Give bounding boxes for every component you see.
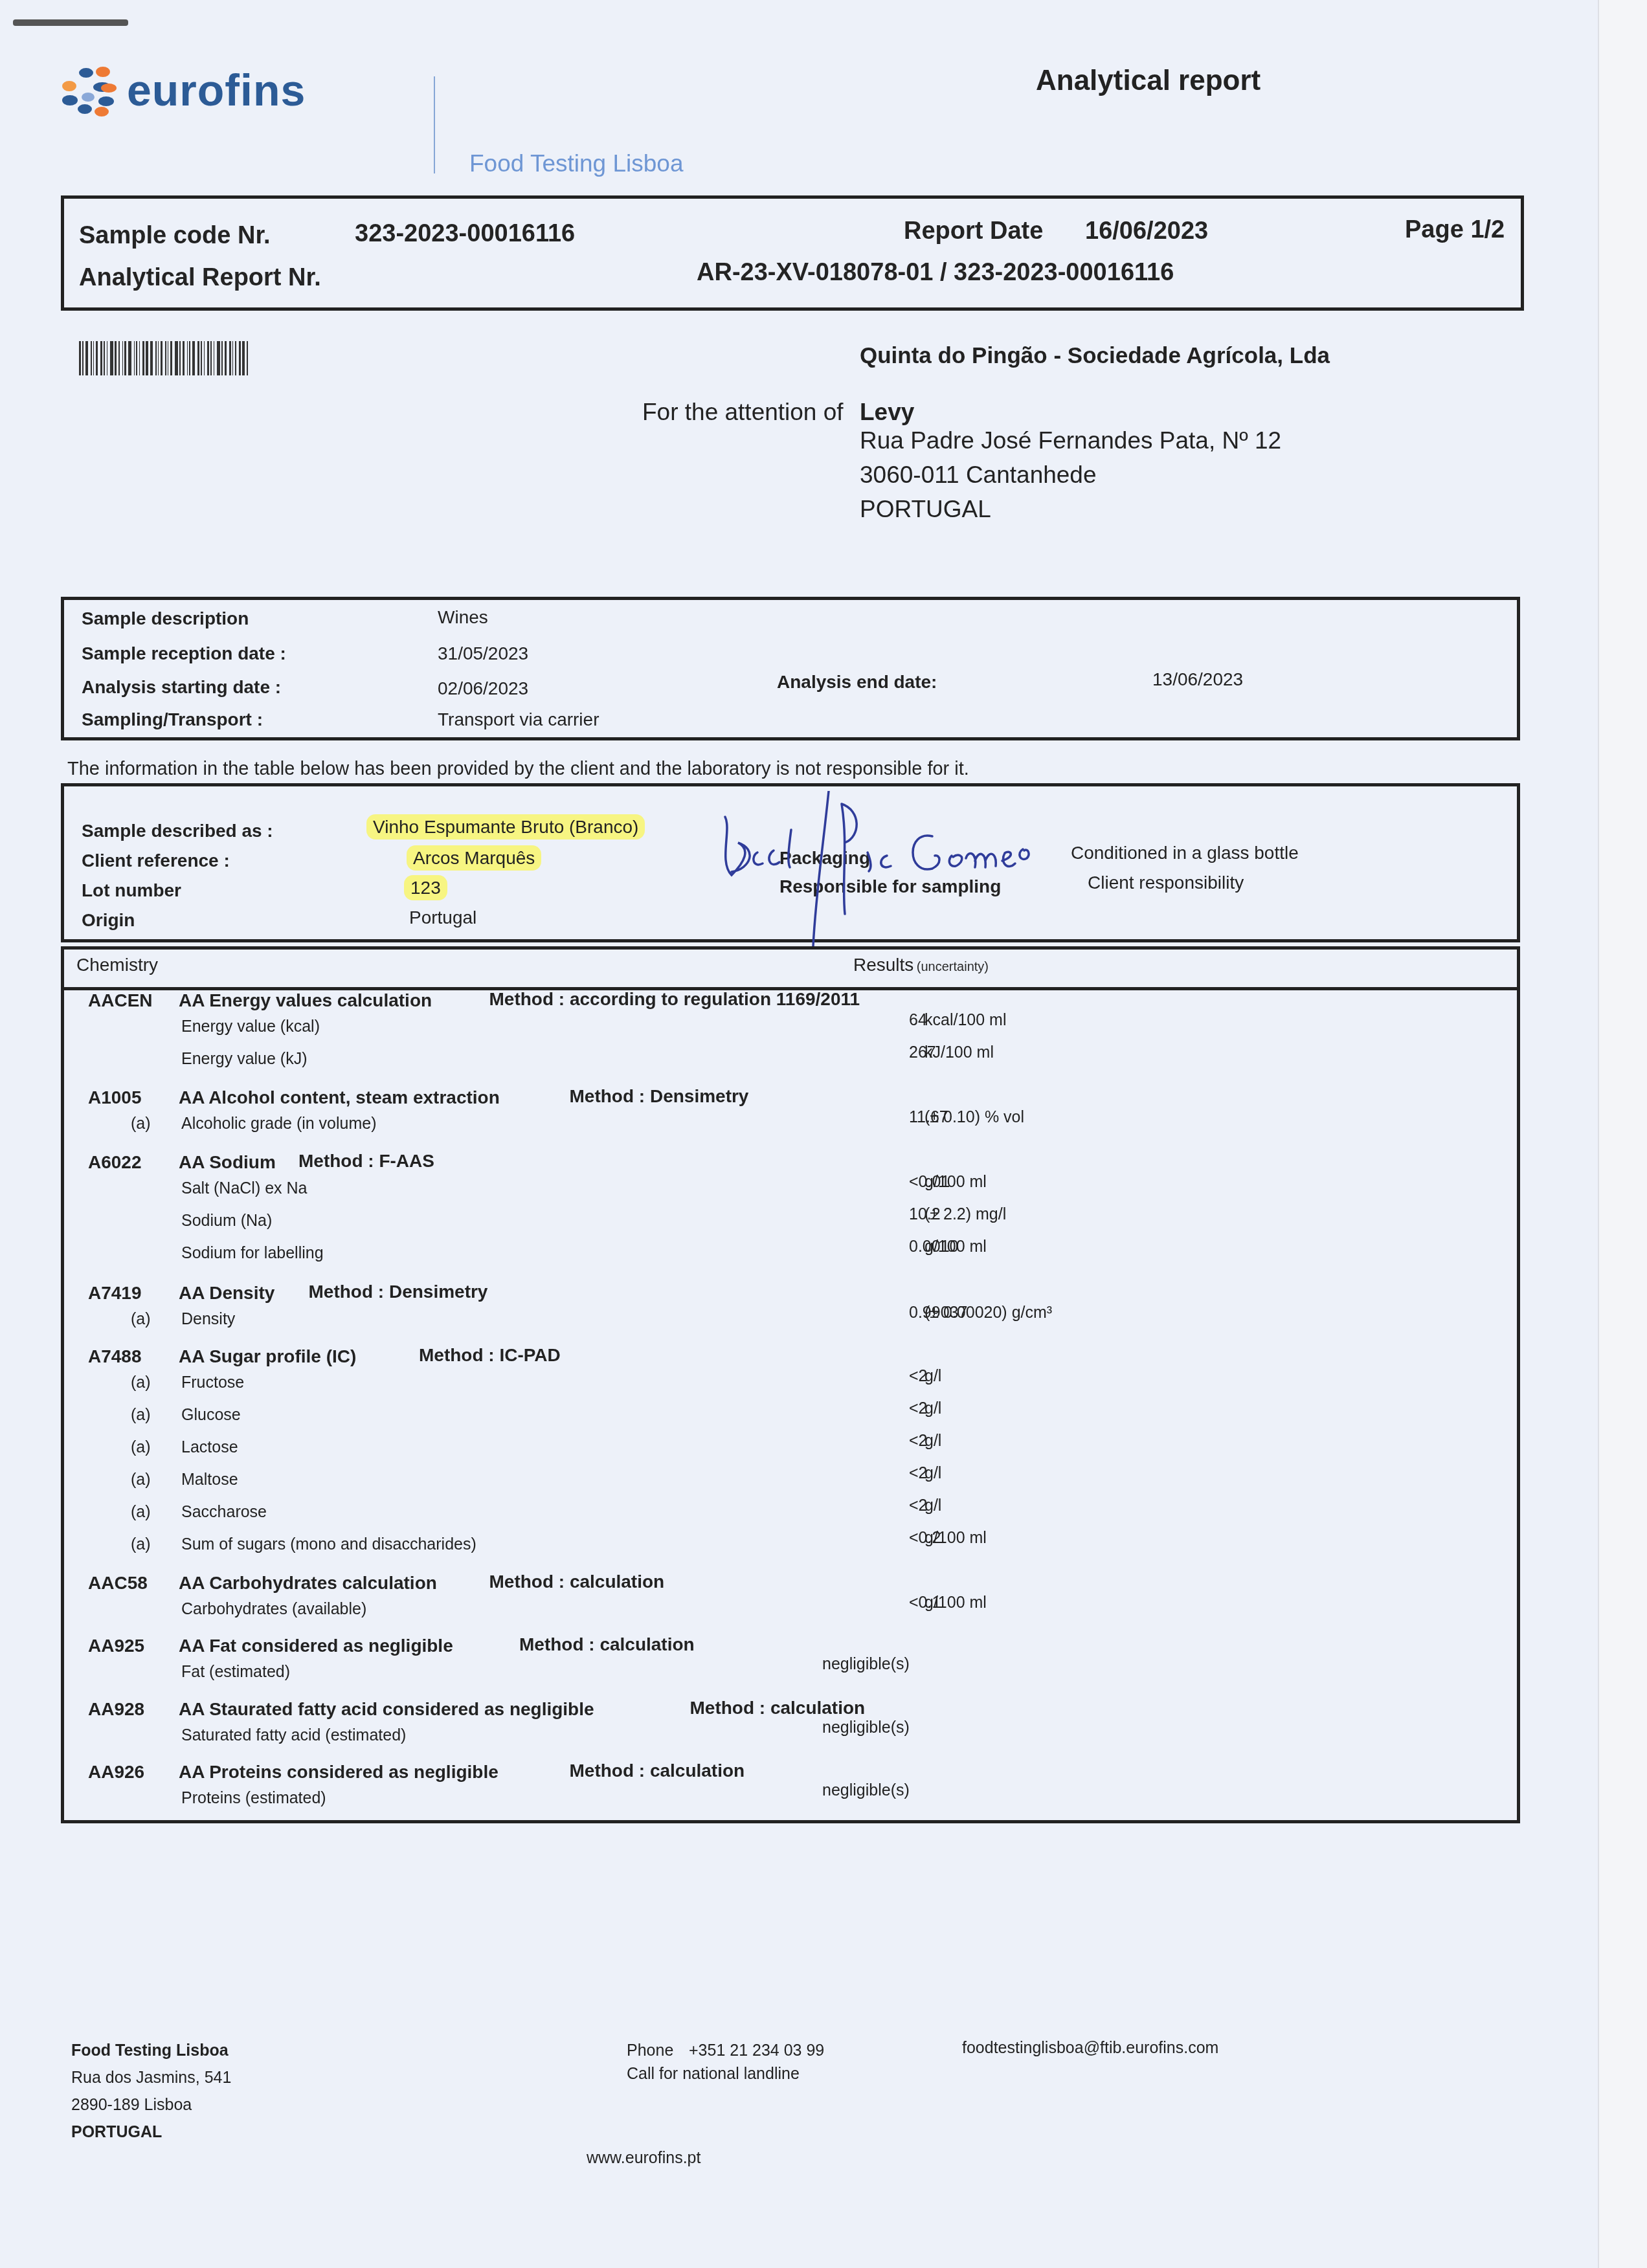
test-method: Method : F-AAS [298,1151,434,1172]
described-label: Sample described as : [82,821,273,841]
test-method: Method : Densimetry [309,1282,488,1302]
result-unit: (± 2.2) mg/l [924,1205,1006,1224]
chemistry-label: Chemistry [76,955,158,975]
accreditation-flag: (a) [131,1373,151,1392]
test-title: AA Sodium [179,1152,276,1173]
parameter-name: Energy value (kcal) [181,1017,320,1036]
attention-label: For the attention of [642,399,844,426]
footer-country: PORTUGAL [71,2123,162,2142]
accreditation-flag: (a) [131,1535,151,1554]
handwritten-signature [712,791,1126,946]
results-header: Results (uncertainty) [853,955,989,975]
parameter-name: Lactose [181,1438,238,1457]
phone-label: Phone [627,2041,673,2060]
result-unit: g/100 ml [924,1238,987,1256]
test-code: A6022 [88,1152,142,1173]
barcode [79,341,251,375]
described-value: Vinho Espumante Bruto (Branco) [366,814,645,839]
document-title: Analytical report [1036,65,1260,97]
report-date: 16/06/2023 [1085,217,1208,245]
email-link[interactable]: foodtestinglisboa@ftib.eurofins.com [962,2039,1218,2058]
report-nr-label: Analytical Report Nr. [79,264,321,292]
test-code: A7488 [88,1346,142,1367]
parameter-name: Density [181,1310,235,1329]
test-code: AA928 [88,1699,144,1720]
client-info-note: The information in the table below has b… [67,759,969,780]
test-title: AA Staurated fatty acid considered as ne… [179,1699,594,1720]
lot-value: 123 [404,875,447,900]
transport: Transport via carrier [438,709,599,730]
test-title: AA Sugar profile (IC) [179,1346,356,1367]
page-edge [1598,0,1647,2268]
accreditation-flag: (a) [131,1471,151,1489]
lot-label: Lot number [82,880,181,901]
test-method: Method : calculation [690,1698,866,1718]
website-link[interactable]: www.eurofins.pt [587,2149,700,2168]
parameter-name: Fat (estimated) [181,1663,290,1682]
test-method: Method : calculation [519,1634,695,1655]
result-value: negligible(s) [822,1718,910,1737]
parameter-name: Salt (NaCl) ex Na [181,1179,308,1198]
result-unit: g/l [924,1399,941,1418]
test-code: AA926 [88,1762,144,1783]
sample-info-box [61,597,1520,740]
sample-code: 323-2023-00016116 [355,220,575,248]
start-date: 02/06/2023 [438,678,528,699]
test-code: AA925 [88,1636,144,1656]
parameter-name: Energy value (kJ) [181,1050,308,1069]
result-unit: g/100 ml [924,1173,987,1192]
recipient-city: 3060-011 Cantanhede [860,461,1097,489]
result-unit: g/l [924,1367,941,1386]
result-unit: g/l [924,1496,941,1515]
test-code: AAC58 [88,1573,148,1594]
parameter-name: Maltose [181,1471,238,1489]
reception-date-label: Sample reception date : [82,643,286,664]
end-date-label: Analysis end date: [777,672,937,693]
parameter-name: Sodium (Na) [181,1212,272,1230]
reception-date: 31/05/2023 [438,643,528,664]
parameter-name: Fructose [181,1373,244,1392]
test-code: AACEN [88,990,153,1011]
phone-note: Call for national landline [627,2065,800,2084]
test-method: Method : IC-PAD [419,1345,561,1366]
eurofins-logo: eurofins [62,65,306,117]
header-divider [434,76,435,173]
lab-name: Food Testing Lisboa [469,150,684,177]
chemistry-header [61,946,1520,990]
result-value: negligible(s) [822,1655,910,1674]
test-method: Method : according to regulation 1169/20… [489,989,860,1010]
test-title: AA Density [179,1283,274,1304]
result-unit: g/l [924,1464,941,1483]
test-title: AA Alcohol content, steam extraction [179,1087,500,1108]
result-unit: (± 0.10) % vol [924,1108,1024,1127]
result-unit: (± 0.00020) g/cm³ [924,1304,1052,1322]
results-label: Results [853,955,913,975]
page-indicator: Page 1/2 [1405,216,1505,244]
transport-label: Sampling/Transport : [82,709,263,730]
result-unit: kcal/100 ml [924,1011,1006,1030]
test-code: A7419 [88,1283,142,1304]
test-title: AA Carbohydrates calculation [179,1573,437,1594]
reference-label: Client reference : [82,850,230,871]
result-value: negligible(s) [822,1781,910,1800]
staple [13,19,128,26]
reference-value: Arcos Marquês [407,845,541,871]
accreditation-flag: (a) [131,1310,151,1329]
parameter-name: Carbohydrates (available) [181,1600,366,1619]
test-title: AA Fat considered as negligible [179,1636,453,1656]
accreditation-flag: (a) [131,1503,151,1522]
origin-value: Portugal [409,907,476,928]
result-unit: g/l [924,1432,941,1451]
recipient-street: Rua Padre José Fernandes Pata, Nº 12 [860,427,1281,454]
accreditation-flag: (a) [131,1438,151,1457]
brand-name: eurofins [127,65,306,116]
report-nr: AR-23-XV-018078-01 / 323-2023-00016116 [697,259,1174,287]
sample-description-label: Sample description [82,608,249,629]
uncertainty-label: (uncertainty) [917,960,989,974]
test-title: AA Energy values calculation [179,990,432,1011]
parameter-name: Sum of sugars (mono and disaccharides) [181,1535,476,1554]
result-unit: kJ/100 ml [924,1043,994,1062]
result-unit: g/100 ml [924,1529,987,1548]
accreditation-flag: (a) [131,1115,151,1133]
sample-code-label: Sample code Nr. [79,222,271,250]
sample-description: Wines [438,607,488,628]
start-date-label: Analysis starting date : [82,677,281,698]
eurofins-logo-icon [62,67,114,115]
parameter-name: Glucose [181,1406,241,1425]
footer-city: 2890-189 Lisboa [71,2096,192,2115]
phone-number[interactable]: +351 21 234 03 99 [689,2041,824,2060]
attention-name: Levy [860,399,914,426]
footer-lab: Food Testing Lisboa [71,2041,229,2060]
parameter-name: Saccharose [181,1503,267,1522]
test-method: Method : Densimetry [570,1086,749,1107]
accreditation-flag: (a) [131,1406,151,1425]
report-id-box [61,195,1524,311]
recipient-country: PORTUGAL [860,496,991,523]
test-method: Method : calculation [570,1761,745,1781]
parameter-name: Proteins (estimated) [181,1789,326,1808]
recipient-company: Quinta do Pingão - Sociedade Agrícola, L… [860,343,1330,369]
test-code: A1005 [88,1087,142,1108]
footer-street: Rua dos Jasmins, 541 [71,2069,231,2087]
parameter-name: Alcoholic grade (in volume) [181,1115,377,1133]
report-date-label: Report Date [904,217,1043,245]
end-date: 13/06/2023 [1152,669,1243,690]
parameter-name: Saturated fatty acid (estimated) [181,1726,406,1745]
result-unit: g/100 ml [924,1594,987,1612]
test-title: AA Proteins considered as negligible [179,1762,499,1783]
parameter-name: Sodium for labelling [181,1244,324,1263]
test-method: Method : calculation [489,1572,665,1592]
origin-label: Origin [82,910,135,931]
